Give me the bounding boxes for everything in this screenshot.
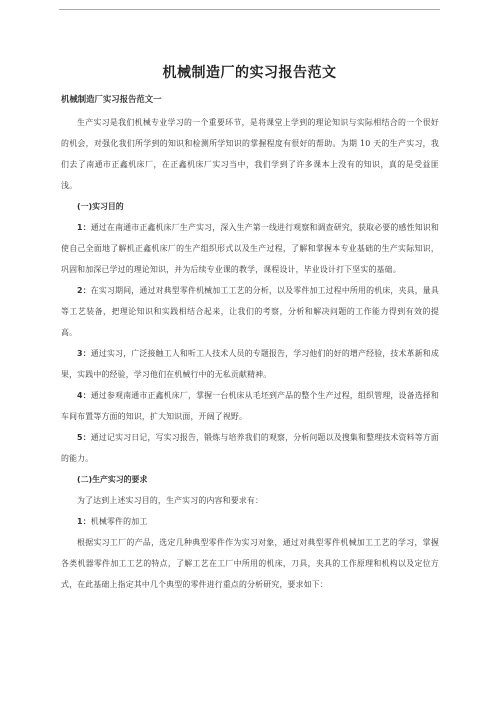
item-number: 3： (77, 349, 91, 358)
item-text: 通过参观南通市正鑫机床厂，掌握一台机床从毛坯到产品的整个生产过程，组织管理，设备… (61, 391, 439, 421)
requirements-intro: 为了达到上述实习目的，生产实习的内容和要求有： (61, 490, 439, 511)
item-number: 1： (77, 223, 91, 232)
purpose-item-1: 1：通过在南通市正鑫机床厂生产实习，深入生产第一线进行观察和调查研究，获取必要的… (61, 217, 439, 280)
item-number: 1： (77, 517, 91, 526)
intro-paragraph: 生产实习是我们机械专业学习的一个重要环节，是将课堂上学到的理论知识与实际相结合的… (61, 112, 439, 196)
item-number: 2： (77, 286, 91, 295)
header-rule (59, 9, 440, 10)
purpose-item-4: 4：通过参观南通市正鑫机床厂，掌握一台机床从毛坯到产品的整个生产过程，组织管理，… (61, 385, 439, 427)
item-text: 通过记实习日记，写实习报告，锻炼与培养我们的观察，分析问题以及搜集和整理技术资料… (61, 433, 439, 463)
item-text: 在实习期间，通过对典型零件机械加工工艺的分析，以及零件加工过程中所用的机床，夹具… (61, 286, 439, 337)
purpose-item-3: 3：通过实习，广泛接触工人和听工人技术人员的专题报告，学习他们的好的增产经验，技… (61, 343, 439, 385)
document-title: 机械制造厂的实习报告范文 (0, 62, 499, 82)
item-number: 5： (77, 433, 91, 442)
item-title: 机械零件的加工 (91, 517, 148, 526)
requirement-item-1-text: 根据实习工厂的产品，选定几种典型零件作为实习对象，通过对典型零件机械加工工艺的学… (61, 532, 439, 595)
section-heading-purpose: (一)实习目的 (61, 196, 439, 217)
requirement-item-1-title: 1：机械零件的加工 (61, 511, 439, 532)
item-text: 通过在南通市正鑫机床厂生产实习，深入生产第一线进行观察和调查研究，获取必要的感性… (61, 223, 439, 274)
purpose-item-2: 2：在实习期间，通过对典型零件机械加工工艺的分析，以及零件加工过程中所用的机床，… (61, 280, 439, 343)
item-text: 通过实习，广泛接触工人和听工人技术人员的专题报告，学习他们的好的增产经验，技术革… (61, 349, 439, 379)
item-number: 4： (77, 391, 91, 400)
document-body: 机械制造厂实习报告范文一 生产实习是我们机械专业学习的一个重要环节，是将课堂上学… (61, 93, 439, 595)
subtitle: 机械制造厂实习报告范文一 (61, 93, 439, 105)
section-heading-requirements: (二)生产实习的要求 (61, 469, 439, 490)
purpose-item-5: 5：通过记实习日记，写实习报告，锻炼与培养我们的观察，分析问题以及搜集和整理技术… (61, 427, 439, 469)
